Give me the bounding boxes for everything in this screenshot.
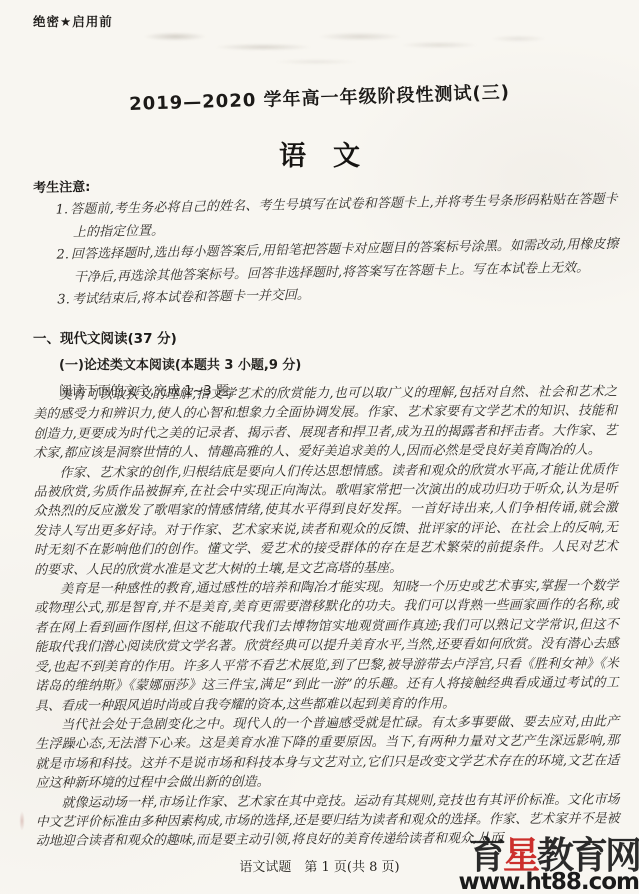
notice-item-text: 回答选择题时,选出每小题答案后,用铅笔把答题卡对应题目的答案标号涂黑。如需改动,… bbox=[71, 237, 619, 285]
notice-item-number: 3. bbox=[57, 292, 70, 307]
watermark-url: www.ht88.com bbox=[443, 871, 639, 894]
passage-paragraph: 作家、艺术家的创作,归根结底是要向人们传达思想情感。读者和观众的欣赏水平高,才能… bbox=[33, 460, 618, 580]
classification-label: 绝密★启用前 bbox=[33, 12, 113, 30]
notice-item-text: 答题前,考生务必将自己的姓名、考生号填写在试卷和答题卡上,并将考生号条形码粘贴在… bbox=[70, 192, 618, 240]
section-heading: 一、现代文阅读(37 分) bbox=[33, 327, 617, 347]
reading-passage: 美育可以取狭义的理解,指文学艺术的欣赏能力,也可以取广义的理解,包括对自然、社会… bbox=[33, 382, 620, 851]
scan-noise bbox=[140, 24, 580, 66]
notice-item-number: 1. bbox=[55, 202, 68, 217]
exam-paper-page: 绝密★启用前 2019—2020 学年高一年级阶段性测试(三) 语 文 考生注意… bbox=[0, 0, 639, 894]
watermark: 育星教育网 www.ht88.com bbox=[443, 837, 639, 894]
scan-smudge bbox=[18, 806, 26, 836]
passage-paragraph: 美育是一种感性的教育,通过感性的培养和陶冶才能实现。知晓一个历史或艺术事实,掌握… bbox=[34, 576, 619, 715]
notice-item-number: 2. bbox=[56, 247, 69, 262]
subsection-heading: (一)论述类文本阅读(本题共 3 小题,9 分) bbox=[59, 354, 617, 373]
passage-paragraph: 当代社会处于急剧变化之中。现代人的一个普遍感受就是忙碌。有太多事要做、要去应对,… bbox=[35, 712, 619, 793]
notice-list: 1.答题前,考生务必将自己的姓名、考生号填写在试卷和答题卡上,并将考生号条形码粘… bbox=[55, 189, 619, 312]
notice-item-text: 考试结束后,将本试卷和答题卡一并交回。 bbox=[72, 288, 310, 308]
exam-title: 2019—2020 学年高一年级阶段性测试(三) bbox=[0, 74, 639, 120]
passage-paragraph: 美育可以取狭义的理解,指文学艺术的欣赏能力,也可以取广义的理解,包括对自然、社会… bbox=[33, 382, 617, 463]
candidate-notice: 考生注意: 1.答题前,考生务必将自己的姓名、考生号填写在试卷和答题卡上,并将考… bbox=[33, 166, 619, 313]
